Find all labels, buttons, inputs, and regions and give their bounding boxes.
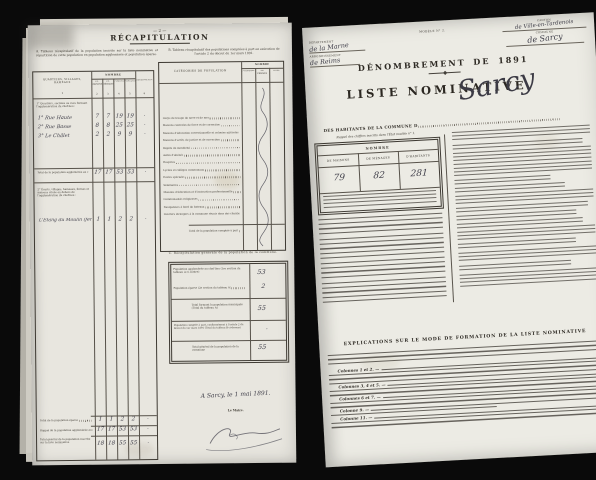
cell-value: 2 (114, 216, 126, 222)
table-row-total: 1122· (95, 416, 157, 423)
maisons-value: 79 (319, 172, 359, 184)
cell-value: 53 (128, 426, 140, 432)
page-title: RÉCAPITULATION (28, 32, 292, 44)
label: Maisons centrales de force et de correct… (163, 124, 220, 128)
rule (172, 320, 286, 322)
label: Corps de troupe de terre et de mer (163, 117, 209, 121)
rule (135, 71, 140, 459)
table-a-nombre-header: NOMBRE (91, 73, 135, 77)
rule (241, 68, 283, 69)
total-agglo-label: Total de la population agglomérée au che… (37, 171, 90, 175)
col-maisons: DE MAISONS (318, 157, 358, 163)
cell-value: 19 (124, 113, 136, 119)
section-c-row3-label: Total formant la population municipale (… (192, 303, 247, 310)
category-row: Maisons d'éducation correctionnelle et c… (163, 131, 241, 135)
total-general-label: Total général de la population inscrite … (40, 438, 92, 445)
label: Asiles d'aliénés (163, 154, 183, 157)
cell-value: 19 (113, 113, 125, 119)
column-number: 1 (35, 92, 89, 96)
cell-value: 9 (114, 131, 126, 137)
intro-paragraph-b: B. Tableau récapitulatif des populations… (166, 48, 282, 57)
dot-leader (419, 118, 561, 127)
nombre-box: NOMBRE DE MAISONS DE MÉNAGES D'HABITANTS… (316, 139, 441, 213)
dot-leader (191, 147, 240, 149)
title-rule (130, 43, 190, 44)
label: Navigateurs à bord de bateaux (164, 205, 205, 209)
rule (91, 72, 96, 460)
category-row: Asiles d'aliénés (163, 153, 241, 157)
cell-value: 17 (95, 427, 107, 433)
label: Population éparse (2e section du tableau… (173, 286, 231, 290)
rule (249, 264, 251, 360)
paragraph-lines (322, 277, 447, 306)
label: Total de la population éparse (40, 419, 78, 423)
label: Dépôts de mendicité (163, 146, 190, 150)
dot-leader (232, 287, 246, 289)
table-a-population: QUARTIERS, VILLAGES, HAMEAUX 1 NOMBRE DE… (32, 70, 158, 461)
cell-value: 17 (92, 170, 104, 176)
category-row: Navigateurs à bord de bateaux (164, 205, 242, 209)
table-row: 1122· (93, 216, 155, 223)
row-name: L'Étang du Moulin (ferme) (39, 218, 92, 224)
table-row-total: 17175353· (92, 169, 154, 176)
commune-name-script-large: Sarcy (455, 63, 537, 107)
category-row: Hospices (163, 161, 241, 165)
cell-value: 17 (106, 426, 118, 432)
cell-value: 55 (117, 440, 129, 446)
section-c-title: C. Récapitulation générale de la populat… (158, 251, 288, 256)
dot-leader (184, 154, 240, 156)
mayor-signature (200, 419, 288, 462)
label: Ouvriers étrangers à la commune réunis d… (164, 212, 240, 216)
cell-value: 55 (128, 440, 140, 446)
table-a-row-header: QUARTIERS, VILLAGES, HAMEAUX (35, 78, 89, 85)
row-name: 1° Rue Haute (37, 115, 91, 122)
dot-leader (239, 230, 241, 232)
table-b-row-header: CATÉGORIES DE POPULATION (161, 69, 239, 73)
label: Maisons d'éducation et d'instruction pro… (163, 190, 232, 194)
label: Total de la population comptée à part (189, 229, 238, 233)
dot-leader (221, 140, 240, 142)
habitants-value: 281 (399, 168, 439, 180)
dot-leader (79, 420, 92, 422)
column-number: 6 (135, 92, 153, 95)
cell-value: 53 (114, 169, 126, 175)
rule (172, 340, 286, 342)
category-row: Corps de troupe de terre et de mer (163, 116, 241, 120)
category-row: Séminaires (163, 183, 241, 187)
table-row: 882525· (92, 122, 154, 129)
table-b-nombre-header: NOMBRE (241, 63, 283, 66)
table-b-col-femmes: DE FEMMES (256, 70, 269, 80)
label: Maisons d'arrêt, de justice et de correc… (163, 139, 220, 143)
dot-leader (205, 206, 240, 208)
table-row: 771919· (92, 113, 154, 120)
paragraph-lines (321, 257, 446, 280)
section-c-row2-value: 2 (261, 283, 265, 290)
menages-value: 82 (359, 170, 399, 182)
section-c-row4-value: · (266, 326, 269, 333)
canton-block: CANTON de Ville-en-Tardenois COMMUNE de … (498, 16, 591, 46)
column-number: 3 (102, 93, 113, 96)
cell-value: 25 (113, 122, 125, 128)
table-row: 2299· (92, 131, 154, 138)
dot-leader (205, 169, 240, 171)
cell-value: 9 (125, 131, 137, 137)
category-row: Communautés religieuses (164, 198, 242, 202)
category-row: Maisons d'éducation et d'instruction pro… (163, 190, 241, 194)
dot-leader (199, 199, 241, 201)
table-b-col-hommes: D'HOMMES (242, 70, 255, 80)
table-row-total: 17175353· (95, 426, 157, 433)
label: Maisons d'éducation correctionnelle et c… (163, 131, 239, 135)
col-habitants: D'HABITANTS (398, 153, 438, 159)
section-c-row1-label: Population agglomérée au chef-lieu (1re … (173, 267, 246, 274)
table-a-col-menages: DE MÉNAGES (103, 81, 113, 92)
intro-paragraph-a: A. Tableau récapitulatif de la populatio… (36, 49, 158, 58)
section-c-row1-value: 53 (257, 268, 266, 276)
label: Communautés religieuses (164, 198, 198, 202)
total-eparse-label: Total de la population éparse (40, 419, 93, 423)
column-number: 2 (91, 93, 102, 96)
rappel-label: Rappel de la population agglomérée au ch… (40, 429, 93, 433)
section-c-row2: Population éparse (2e section du tableau… (173, 286, 246, 290)
le-maire-label: Le Maire. (214, 409, 258, 413)
obs-mark: · (139, 440, 158, 446)
dot-leader (221, 125, 240, 127)
table-a-col-observations: OBSERVATIONS (136, 79, 152, 92)
scanned-census-document: — 2 — RÉCAPITULATION A. Tableau récapitu… (0, 0, 596, 480)
obs-mark: · (136, 216, 155, 222)
table-a-section2-label: 2° Écarts, villages, hameaux, fermes et … (37, 188, 89, 198)
category-row: Écoles spéciales (163, 175, 241, 179)
rule (159, 82, 283, 84)
label: Séminaires (163, 183, 178, 186)
obs-mark: · (136, 131, 155, 137)
label: Lycées et collèges communaux (163, 168, 204, 172)
cell-value: 2 (128, 416, 140, 422)
obs-mark: · (135, 113, 154, 119)
cell-value: 2 (125, 216, 137, 222)
obs-mark: · (135, 122, 154, 128)
cell-value: 7 (102, 113, 114, 119)
category-row: Ouvriers étrangers à la commune réunis d… (164, 212, 242, 216)
category-row: Maisons centrales de force et de correct… (163, 124, 241, 128)
cell-value: 1 (106, 416, 118, 422)
ornament-divider (429, 70, 461, 75)
table-a-col-population: POPULATION (125, 80, 135, 91)
category-row: Dépôts de mendicité (163, 146, 241, 150)
table-a-col-maisons: DE MAISONS (92, 81, 102, 92)
dot-leader (179, 184, 240, 186)
section-c-row5-value: 55 (258, 343, 267, 351)
category-row: Lycées et collèges communaux (163, 168, 241, 172)
cell-value: 2 (92, 132, 104, 138)
section-c-row5-label: Total général de la population de la com… (192, 345, 247, 352)
dot-leader (233, 191, 240, 193)
row-name: 2° Rue Basse (37, 124, 91, 131)
right-page-liste-nominative: MODÈLE N° 2. DÉPARTEMENT de la Marne ARR… (302, 12, 596, 467)
obs-mark: · (139, 426, 158, 432)
section-c-box: Population agglomérée au chef-lieu (1re … (170, 263, 287, 362)
dot-leader (176, 162, 240, 164)
cell-value: 2 (103, 131, 115, 137)
table-a-col-individus: D'INDIVIDUS (114, 80, 124, 91)
col-menages: DE MÉNAGES (358, 155, 398, 161)
cell-value: 25 (124, 122, 136, 128)
cell-value: 1 (103, 216, 115, 222)
label: Écoles spéciales (163, 176, 185, 179)
cell-value: 53 (117, 426, 129, 432)
section-c-row4-label: Population comptée à part, conformément … (174, 323, 247, 330)
cell-value: 8 (91, 123, 103, 129)
paragraph-lines (319, 233, 444, 260)
table-b-col-total: TOTAL (270, 70, 283, 80)
table-b-comptee-a-part: CATÉGORIES DE POPULATION NOMBRE D'HOMMES… (158, 61, 286, 252)
left-page-recapitulation: — 2 — RÉCAPITULATION A. Tableau récapitu… (28, 23, 297, 466)
rule (91, 435, 157, 436)
cell-value: 2 (117, 416, 129, 422)
label: Total de la population agglomérée au che… (37, 171, 88, 175)
cell-value: 18 (95, 441, 107, 447)
row-name: 3° Le Châlet (38, 133, 92, 140)
cell-value: 1 (95, 417, 107, 423)
section-c-row3-value: 55 (257, 304, 266, 312)
dot-leader (210, 117, 240, 119)
cell-value: 53 (125, 169, 137, 175)
cell-value: 1 (92, 217, 104, 223)
category-row: Maisons d'arrêt, de justice et de correc… (163, 138, 241, 142)
paragraph-lines (318, 213, 443, 236)
label: Hospices (163, 161, 175, 164)
cell-value: 18 (106, 440, 118, 446)
handwritten-nil-squiggle (241, 86, 285, 248)
rule (172, 298, 286, 300)
cell-value: 17 (103, 169, 115, 175)
dot-leader (186, 177, 241, 179)
column-number: 5 (124, 92, 135, 95)
table-row-total: 18185555· (95, 440, 157, 447)
table-b-total-row: Total de la population comptée à part (189, 229, 242, 233)
column-number: 4 (113, 92, 124, 95)
obs-mark: · (139, 416, 158, 422)
cell-value: 8 (102, 122, 114, 128)
date-line-handwritten: A Sarcy, le 1 mai 1891. (179, 389, 291, 401)
modele-number: MODÈLE N° 2. (390, 27, 474, 36)
cell-value: 7 (91, 114, 103, 120)
table-a-section1-label: 1° Quartiers, sections ou rues formant l… (37, 102, 89, 109)
obs-mark: · (136, 169, 155, 175)
